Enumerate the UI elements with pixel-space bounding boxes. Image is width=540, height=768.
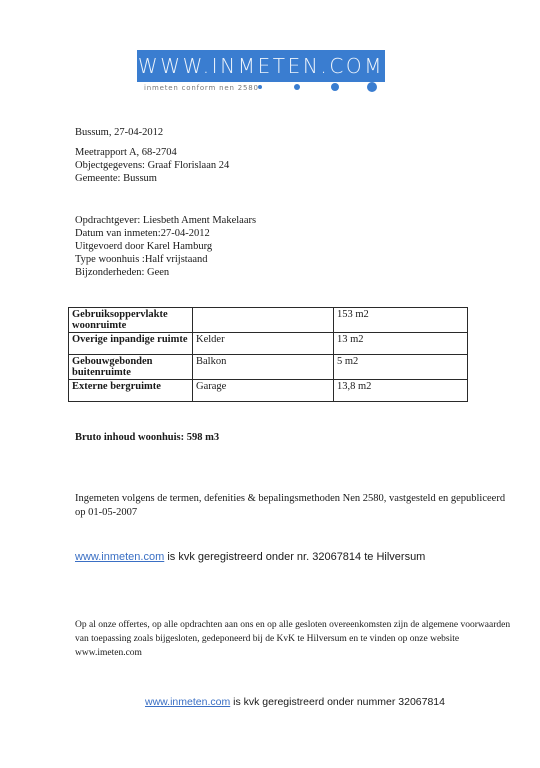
particulars: Bijzonderheden: Geen xyxy=(75,266,256,279)
area-category: Gebouwgebonden buitenruimte xyxy=(69,355,193,380)
logo-dot-icon xyxy=(367,82,377,92)
object-info: Meetrapport A, 68-2704 Objectgegevens: G… xyxy=(75,146,229,185)
client: Opdrachtgever: Liesbeth Ament Makelaars xyxy=(75,214,256,227)
logo-banner: WWW.INMETEN.COM xyxy=(137,50,385,82)
house-type: Type woonhuis :Half vrijstaand xyxy=(75,253,256,266)
place-date: Bussum, 27-04-2012 xyxy=(75,126,163,139)
table-row: Gebouwgebonden buitenruimte Balkon 5 m2 xyxy=(69,355,468,380)
area-table: Gebruiksoppervlakte woonruimte 153 m2 Ov… xyxy=(68,307,468,402)
area-space: Kelder xyxy=(193,333,334,355)
kvk-text: is kvk geregistreerd onder nummer 320678… xyxy=(230,696,445,708)
table-row: Overige inpandige ruimte Kelder 13 m2 xyxy=(69,333,468,355)
area-value: 13 m2 xyxy=(334,333,468,355)
area-value: 5 m2 xyxy=(334,355,468,380)
area-value: 153 m2 xyxy=(334,308,468,333)
terms-paragraph: Op al onze offertes, op alle opdrachten … xyxy=(75,618,515,660)
logo-dot-icon xyxy=(331,83,339,91)
logo-tagline: inmeten conform nen 2580 xyxy=(144,84,259,92)
gross-volume: Bruto inhoud woonhuis: 598 m3 xyxy=(75,432,219,443)
object-address: Objectgegevens: Graaf Florislaan 24 xyxy=(75,159,229,172)
area-space: Balkon xyxy=(193,355,334,380)
table-row: Externe bergruimte Garage 13,8 m2 xyxy=(69,380,468,402)
area-space xyxy=(193,308,334,333)
logo-dot-icon xyxy=(294,84,300,90)
area-category: Externe bergruimte xyxy=(69,380,193,402)
table-row: Gebruiksoppervlakte woonruimte 153 m2 xyxy=(69,308,468,333)
performed-by: Uitgevoerd door Karel Hamburg xyxy=(75,240,256,253)
kvk-footer: www.inmeten.com is kvk geregistreerd ond… xyxy=(145,696,445,708)
municipality: Gemeente: Bussum xyxy=(75,172,229,185)
nen-statement: Ingemeten volgens de termen, defenities … xyxy=(75,492,515,520)
website-link[interactable]: www.inmeten.com xyxy=(145,696,230,708)
report-number: Meetrapport A, 68-2704 xyxy=(75,146,229,159)
area-space: Garage xyxy=(193,380,334,402)
area-category: Gebruiksoppervlakte woonruimte xyxy=(69,308,193,333)
kvk-registration: www.inmeten.com is kvk geregistreerd ond… xyxy=(75,551,425,563)
website-link[interactable]: www.inmeten.com xyxy=(75,551,164,563)
area-value: 13,8 m2 xyxy=(334,380,468,402)
measure-date: Datum van inmeten:27-04-2012 xyxy=(75,227,256,240)
area-category: Overige inpandige ruimte xyxy=(69,333,193,355)
order-info: Opdrachtgever: Liesbeth Ament Makelaars … xyxy=(75,214,256,279)
kvk-text: is kvk geregistreerd onder nr. 32067814 … xyxy=(164,551,425,563)
logo-dot-icon xyxy=(258,85,262,89)
